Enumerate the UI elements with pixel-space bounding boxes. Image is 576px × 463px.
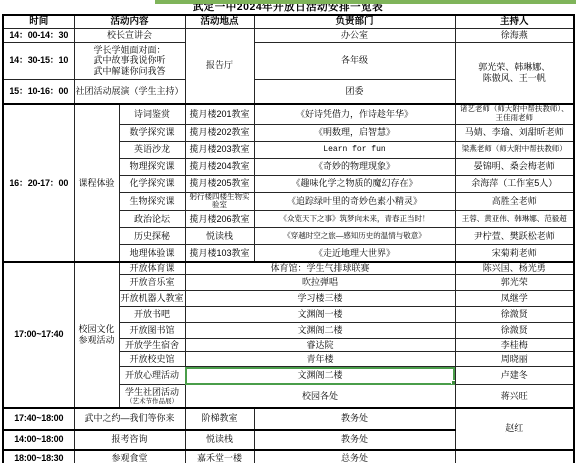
time-cell[interactable]: 16：20-17：00 [3, 104, 74, 262]
time-cell[interactable]: 14：00-14：30 [3, 28, 74, 42]
table-cell[interactable]: 陈兴国、杨光勇 [455, 262, 574, 275]
table-cell[interactable]: 开放音乐室 [119, 275, 185, 291]
table-cell[interactable]: 《追踪绿叶里的奇妙色素小精灵》 [254, 192, 455, 211]
table-cell[interactable]: 体育馆：学生气排球联赛 [185, 262, 455, 275]
table-cell[interactable]: 尹柠萱、樊跃松老师 [455, 228, 574, 245]
top-green-strip [155, 0, 576, 4]
table-cell[interactable]: 各年级 [254, 42, 455, 79]
table-cell[interactable]: 嘉禾堂一楼 [185, 450, 254, 463]
table-cell[interactable]: 揽月楼204教室 [185, 158, 254, 175]
time-cell[interactable]: 17:40~18:00 [3, 408, 74, 430]
table-cell[interactable]: 生物探究课 [119, 192, 185, 211]
group-label-cell[interactable]: 校园文化 参观活动 [74, 262, 119, 408]
table-cell[interactable]: 梁燕老师（师大附中帮扶教师） [455, 141, 574, 158]
table-cell[interactable]: 郭光荣 [455, 275, 574, 291]
table-cell[interactable]: 开放书吧 [119, 307, 185, 323]
table-cell[interactable]: 开放心理活动 [119, 367, 185, 385]
time-cell[interactable]: 17:00~17:40 [3, 262, 74, 408]
table-row: 17:40~18:00武中之约—我们等你来阶梯教室教务处赵红 [3, 408, 574, 430]
table-row: 14：30-15：10学长学姐面对面： 武中故事我说你听 武中解谜你问我答各年级… [3, 42, 574, 79]
table-cell[interactable]: 报告厅 [185, 28, 254, 104]
table-cell[interactable]: 地理体验课 [119, 245, 185, 262]
table-cell[interactable]: 诸艺老师（师大附中帮扶教师）、王佳雨老师 [455, 104, 574, 124]
table-cell[interactable]: 揽月楼103教室 [185, 245, 254, 262]
table-cell[interactable]: 开放图书馆 [119, 323, 185, 339]
table-cell[interactable]: 郭光荣、韩琳娜、 陈傲风、王一帆 [455, 42, 574, 104]
table-cell[interactable]: Learn for fun [254, 141, 455, 158]
table-cell[interactable]: 开放学生宿舍 [119, 339, 185, 352]
table-cell[interactable]: 阶梯教室 [185, 408, 254, 430]
header-cell[interactable]: 主持人 [455, 15, 574, 28]
table-cell[interactable]: 揽月楼202教室 [185, 124, 254, 141]
schedule-table-body: 时间活动内容活动地点负责部门主持人14：00-14：30校长宣讲会报告厅办公室徐… [3, 15, 574, 463]
table-cell[interactable]: 周晓丽 [455, 352, 574, 367]
table-cell[interactable]: 诗词鉴赏 [119, 104, 185, 124]
table-cell[interactable]: 《走近地理大世界》 [254, 245, 455, 262]
table-cell[interactable]: 校长宣讲会 [74, 28, 185, 42]
table-cell[interactable]: 悦读栈 [185, 228, 254, 245]
header-cell[interactable]: 活动内容 [74, 15, 185, 28]
table-cell[interactable]: 报考咨询 [74, 430, 185, 450]
table-cell[interactable]: 化学探究课 [119, 175, 185, 192]
table-cell[interactable]: 赵红 [455, 408, 574, 450]
table-cell[interactable]: 《好诗凭借力，作诗趁年华》 [254, 104, 455, 124]
table-cell[interactable]: 文渊阁一楼 [185, 307, 455, 323]
table-cell[interactable]: 《奇妙的物理现象》 [254, 158, 455, 175]
table-cell[interactable]: 数学探究课 [119, 124, 185, 141]
table-cell[interactable]: 开放机器人教室 [119, 291, 185, 307]
table-cell[interactable]: 物理探究课 [119, 158, 185, 175]
table-cell[interactable]: 参观食堂 [74, 450, 185, 463]
table-cell[interactable]: 青年楼 [185, 352, 455, 367]
cell-subtext: （艺术节作品展） [121, 398, 184, 405]
table-cell[interactable]: 校园各处 [185, 385, 455, 408]
table-cell[interactable]: 政治论坛 [119, 211, 185, 228]
table-cell[interactable]: 徐溦贤 [455, 307, 574, 323]
table-cell[interactable]: 卢建冬 [455, 367, 574, 385]
table-cell[interactable]: 余海萍（工作室5人） [455, 175, 574, 192]
time-cell[interactable]: 18:00~18:30 [3, 450, 74, 463]
table-cell[interactable]: 躬行楼四楼生物实验室 [185, 192, 254, 211]
header-cell[interactable]: 负责部门 [254, 15, 455, 28]
header-cell[interactable]: 活动地点 [185, 15, 254, 28]
table-cell[interactable]: 揽月楼203教室 [185, 141, 254, 158]
table-cell[interactable]: 文渊阁二楼 [185, 323, 455, 339]
schedule-table: 时间活动内容活动地点负责部门主持人14：00-14：30校长宣讲会报告厅办公室徐… [2, 14, 575, 463]
table-cell[interactable]: 《趣味化学之物质的魔幻存在》 [254, 175, 455, 192]
table-cell[interactable]: 《穿越时空之旅—感知历史的温情与敬意》 [254, 228, 455, 245]
table-cell[interactable]: 社团活动展演（学生主持） [74, 79, 185, 104]
table-cell[interactable]: 蒋兴旺 [455, 385, 574, 408]
table-cell[interactable]: 王蓉、黄亚伟、韩琳娜、范毅超 [455, 211, 574, 228]
table-cell[interactable]: 《众览天下之事》筑梦向未来，青春正当时！ [254, 211, 455, 228]
table-cell[interactable]: 凤继学 [455, 291, 574, 307]
time-cell[interactable]: 14：30-15：10 [3, 42, 74, 79]
table-cell[interactable]: 宋菊莉老师 [455, 245, 574, 262]
spreadsheet-view: 武定一中2024年开放日活动安排一览表 时间活动内容活动地点负责部门主持人14：… [0, 0, 576, 463]
table-cell[interactable]: 晏锦明、桑会梅老师 [455, 158, 574, 175]
table-cell[interactable]: 英语沙龙 [119, 141, 185, 158]
selected-cell[interactable]: 文渊阁二楼 [185, 367, 455, 385]
table-cell[interactable]: 学习楼三楼 [185, 291, 455, 307]
table-cell[interactable]: 揽月楼206教室 [185, 211, 254, 228]
table-cell[interactable]: 武中之约—我们等你来 [74, 408, 185, 430]
table-cell[interactable]: 徐海燕 [455, 28, 574, 42]
table-cell[interactable]: 《明数理，启智慧》 [254, 124, 455, 141]
table-cell[interactable]: 徐溦贤 [455, 323, 574, 339]
header-cell[interactable]: 时间 [3, 15, 74, 28]
time-cell[interactable]: 14:00~18:00 [3, 430, 74, 450]
table-cell[interactable]: 高胜全老师 [455, 192, 574, 211]
table-cell[interactable]: 李桂梅 [455, 339, 574, 352]
table-cell[interactable]: 开放体育课 [119, 262, 185, 275]
table-row: 14：00-14：30校长宣讲会报告厅办公室徐海燕 [3, 28, 574, 42]
group-label-cell[interactable]: 课程体验 [74, 104, 119, 262]
table-cell[interactable]: 总务处 [254, 450, 455, 463]
table-row: 17:00~17:40校园文化 参观活动开放体育课体育馆：学生气排球联赛陈兴国、… [3, 262, 574, 275]
time-cell[interactable]: 15：10-16：00 [3, 79, 74, 104]
table-cell[interactable]: 团委 [254, 79, 455, 104]
table-cell[interactable]: 悦读栈 [185, 430, 254, 450]
table-row: 18:00~18:30参观食堂嘉禾堂一楼总务处 [3, 450, 574, 463]
table-cell[interactable]: 马婧、李瑜、刘甜昕老师 [455, 124, 574, 141]
table-cell[interactable]: 揽月楼205教室 [185, 175, 254, 192]
table-cell[interactable]: 教务处 [254, 430, 455, 450]
table-cell[interactable]: 睿达院 [185, 339, 455, 352]
table-cell[interactable]: 吹拉弹唱 [185, 275, 455, 291]
table-cell[interactable]: 开放校史馆 [119, 352, 185, 367]
table-cell[interactable]: 揽月楼201教室 [185, 104, 254, 124]
table-cell[interactable]: 学长学姐面对面： 武中故事我说你听 武中解谜你问我答 [74, 42, 185, 79]
table-row: 16：20-17：00课程体验诗词鉴赏揽月楼201教室《好诗凭借力，作诗趁年华》… [3, 104, 574, 124]
table-cell[interactable]: 教务处 [254, 408, 455, 430]
header-row: 时间活动内容活动地点负责部门主持人 [3, 15, 574, 28]
table-cell[interactable]: 历史探秘 [119, 228, 185, 245]
table-cell[interactable]: 办公室 [254, 28, 455, 42]
table-cell[interactable]: 学生社团活动（艺术节作品展） [119, 385, 185, 408]
